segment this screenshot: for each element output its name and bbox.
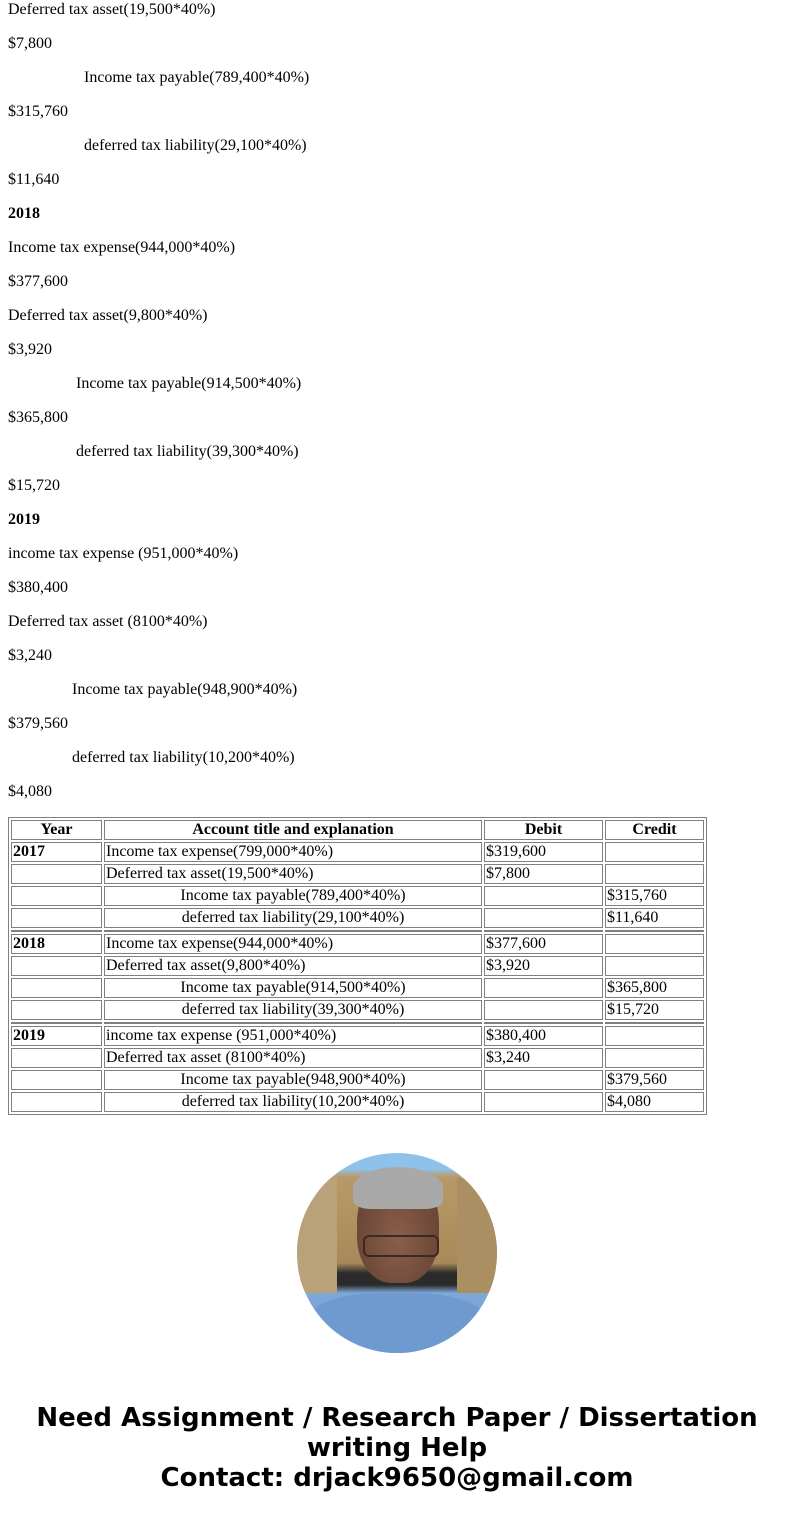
text-line: Deferred tax asset (8100*40%) <box>8 613 207 631</box>
text-line: $380,400 <box>8 579 68 597</box>
cell-year: 2019 <box>11 1026 102 1046</box>
separator-cell <box>11 930 102 932</box>
text-line: $377,600 <box>8 273 68 291</box>
separator-cell <box>104 930 482 932</box>
cell-year <box>11 886 102 906</box>
cell-year: 2018 <box>11 934 102 954</box>
text-line: deferred tax liability(29,100*40%) <box>84 137 307 155</box>
text-line: $11,640 <box>8 171 59 189</box>
cell-year <box>11 978 102 998</box>
text-line: Income tax payable(948,900*40%) <box>72 681 297 699</box>
cell-credit <box>605 1048 704 1068</box>
cell-credit <box>605 864 704 884</box>
table-header-row: Year Account title and explanation Debit… <box>11 820 704 840</box>
table-row: Deferred tax asset(19,500*40%)$7,800 <box>11 864 704 884</box>
cell-debit: $380,400 <box>484 1026 603 1046</box>
cell-account: Income tax expense(944,000*40%) <box>104 934 482 954</box>
cell-credit <box>605 842 704 862</box>
cell-year <box>11 1000 102 1020</box>
cell-account: Deferred tax asset (8100*40%) <box>104 1048 482 1068</box>
separator-cell <box>484 1022 603 1024</box>
text-line: $7,800 <box>8 35 52 53</box>
cell-account: Income tax payable(914,500*40%) <box>104 978 482 998</box>
header-debit: Debit <box>484 820 603 840</box>
table-row: deferred tax liability(29,100*40%)$11,64… <box>11 908 704 928</box>
text-line: $3,240 <box>8 647 52 665</box>
cell-year <box>11 1092 102 1112</box>
background-panel <box>457 1178 497 1293</box>
cell-account: deferred tax liability(29,100*40%) <box>104 908 482 928</box>
tutor-avatar <box>297 1153 497 1353</box>
cell-credit: $11,640 <box>605 908 704 928</box>
header-year: Year <box>11 820 102 840</box>
cell-debit: $377,600 <box>484 934 603 954</box>
table-row: 2019income tax expense (951,000*40%)$380… <box>11 1026 704 1046</box>
table-row: deferred tax liability(10,200*40%)$4,080 <box>11 1092 704 1112</box>
promo-line-2: writing Help <box>0 1433 794 1463</box>
cell-debit <box>484 1070 603 1090</box>
promo-contact: Contact: drjack9650@gmail.com <box>0 1463 794 1493</box>
year-heading: 2018 <box>8 205 40 223</box>
background-panel <box>297 1178 337 1293</box>
table-row: Income tax payable(948,900*40%)$379,560 <box>11 1070 704 1090</box>
separator-cell <box>605 1022 704 1024</box>
cell-year <box>11 864 102 884</box>
cell-account: Deferred tax asset(9,800*40%) <box>104 956 482 976</box>
text-line: $315,760 <box>8 103 68 121</box>
cell-credit: $315,760 <box>605 886 704 906</box>
table-row: 2017Income tax expense(799,000*40%)$319,… <box>11 842 704 862</box>
cell-credit: $379,560 <box>605 1070 704 1090</box>
cell-year <box>11 1070 102 1090</box>
cell-year <box>11 908 102 928</box>
cell-year <box>11 956 102 976</box>
promo-line-1: Need Assignment / Research Paper / Disse… <box>0 1403 794 1433</box>
cell-credit <box>605 934 704 954</box>
text-line: $379,560 <box>8 715 68 733</box>
journal-entries-table: Year Account title and explanation Debit… <box>8 817 707 1115</box>
text-line: deferred tax liability(39,300*40%) <box>76 443 299 461</box>
cell-account: Income tax payable(948,900*40%) <box>104 1070 482 1090</box>
group-separator <box>11 930 704 932</box>
cell-credit <box>605 1026 704 1046</box>
separator-cell <box>484 930 603 932</box>
text-line: Income tax expense(944,000*40%) <box>8 239 235 257</box>
cell-account: income tax expense (951,000*40%) <box>104 1026 482 1046</box>
header-account: Account title and explanation <box>104 820 482 840</box>
cell-account: deferred tax liability(39,300*40%) <box>104 1000 482 1020</box>
cell-debit: $3,920 <box>484 956 603 976</box>
cell-credit: $15,720 <box>605 1000 704 1020</box>
cell-account: deferred tax liability(10,200*40%) <box>104 1092 482 1112</box>
separator-cell <box>11 1022 102 1024</box>
hair <box>353 1167 443 1209</box>
cell-account: Deferred tax asset(19,500*40%) <box>104 864 482 884</box>
text-line: Deferred tax asset(9,800*40%) <box>8 307 207 325</box>
text-line: Income tax payable(914,500*40%) <box>76 375 301 393</box>
text-line: Income tax payable(789,400*40%) <box>84 69 309 87</box>
text-line: $365,800 <box>8 409 68 427</box>
text-line: $3,920 <box>8 341 52 359</box>
promo-banner: Need Assignment / Research Paper / Disse… <box>0 1403 794 1493</box>
table-row: Deferred tax asset(9,800*40%)$3,920 <box>11 956 704 976</box>
cell-debit <box>484 908 603 928</box>
cell-year: 2017 <box>11 842 102 862</box>
group-separator <box>11 1022 704 1024</box>
cell-account: Income tax expense(799,000*40%) <box>104 842 482 862</box>
table-row: Income tax payable(789,400*40%)$315,760 <box>11 886 704 906</box>
glasses <box>363 1235 439 1257</box>
shirt <box>307 1293 487 1353</box>
cell-credit <box>605 956 704 976</box>
cell-year <box>11 1048 102 1068</box>
year-heading: 2019 <box>8 511 40 529</box>
cell-debit <box>484 1000 603 1020</box>
cell-debit <box>484 978 603 998</box>
cell-account: Income tax payable(789,400*40%) <box>104 886 482 906</box>
table-row: deferred tax liability(39,300*40%)$15,72… <box>11 1000 704 1020</box>
separator-cell <box>605 930 704 932</box>
header-credit: Credit <box>605 820 704 840</box>
text-line: $15,720 <box>8 477 60 495</box>
separator-cell <box>104 1022 482 1024</box>
text-line: deferred tax liability(10,200*40%) <box>72 749 295 767</box>
text-line: $4,080 <box>8 783 52 801</box>
table-row: Income tax payable(914,500*40%)$365,800 <box>11 978 704 998</box>
table-row: 2018Income tax expense(944,000*40%)$377,… <box>11 934 704 954</box>
table-row: Deferred tax asset (8100*40%)$3,240 <box>11 1048 704 1068</box>
cell-debit: $7,800 <box>484 864 603 884</box>
text-line: Deferred tax asset(19,500*40%) <box>8 1 215 19</box>
cell-debit <box>484 886 603 906</box>
cell-debit: $319,600 <box>484 842 603 862</box>
cell-debit <box>484 1092 603 1112</box>
cell-credit: $365,800 <box>605 978 704 998</box>
cell-credit: $4,080 <box>605 1092 704 1112</box>
text-line: income tax expense (951,000*40%) <box>8 545 238 563</box>
cell-debit: $3,240 <box>484 1048 603 1068</box>
